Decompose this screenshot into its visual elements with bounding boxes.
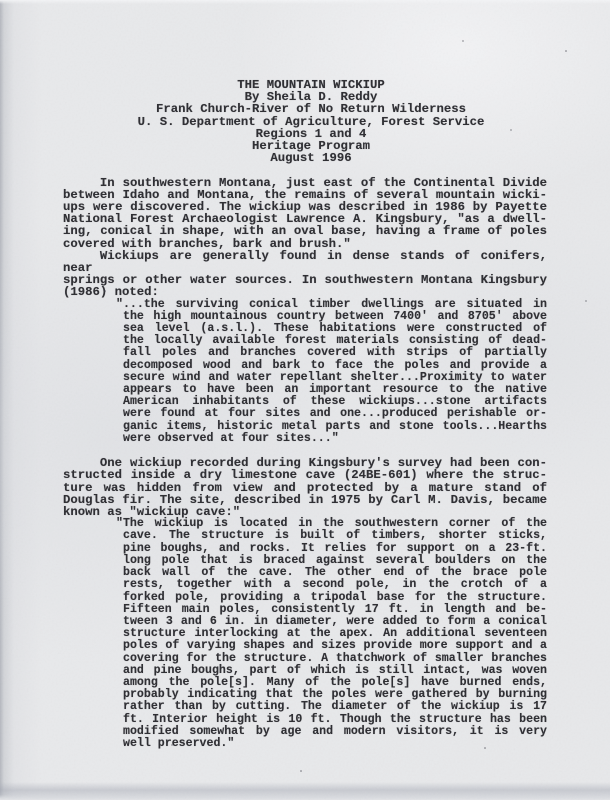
text-line: poles of varying shapes and sizes provid… [123,640,547,652]
scanned-document-page: THE MOUNTAIN WICKIUPBy Sheila D. ReddyFr… [0,0,610,800]
text-line: well preserved." [123,738,547,750]
block-quote: "The wickiup is located in the southwest… [63,518,547,750]
paper-speck [462,40,464,42]
title-line: U. S. Department of Agriculture, Forest … [75,116,547,128]
paper-speck [300,770,302,772]
page-bottom-edge [0,782,610,800]
text-line: cave. The structure is built of timbers,… [123,530,547,542]
paragraph: One wickiup recorded during Kingsbury's … [63,457,547,518]
paper-speck [565,50,567,52]
text-line: (1986) noted: [63,286,547,298]
text-line: covering for the structure. A thatchwork… [123,653,547,665]
text-line: ing, conical in shape, with an oval base… [63,225,547,237]
text-line: "...the surviving conical timber dwellin… [123,299,547,311]
text-line: were observed at four sites..." [123,433,547,445]
text-line: forked pole, providing a tripodal base f… [123,592,547,604]
text-line: In southwestern Montana, just east of th… [63,177,547,189]
title-line: Frank Church-River of No Return Wilderne… [75,103,547,115]
text-line: were found at four sites and one...produ… [123,408,547,420]
page-top-edge [0,0,610,4]
title-block: THE MOUNTAIN WICKIUPBy Sheila D. ReddyFr… [75,79,547,164]
text-line: covered with branches, bark and brush." [63,238,547,250]
paragraph: Wickiups are generally found in dense st… [63,250,547,299]
paragraph: In southwestern Montana, just east of th… [63,177,547,250]
block-quote: "...the surviving conical timber dwellin… [63,299,547,445]
text-line: ft. Interior height is 10 ft. Though the… [123,714,547,726]
text-line: rests, together with a second pole, in t… [123,579,547,591]
document-body: THE MOUNTAIN WICKIUPBy Sheila D. ReddyFr… [63,79,547,750]
text-line: Wickiups are generally found in dense st… [63,250,547,274]
text-line: structed inside a dry limestone cave (24… [63,469,547,481]
body-blocks: In southwestern Montana, just east of th… [63,177,547,751]
title-line: August 1996 [75,152,547,164]
text-line: fall poles and branches covered with str… [123,347,547,359]
paper-speck [585,300,587,302]
text-line: rather than by cutting. The diameter of … [123,701,547,713]
